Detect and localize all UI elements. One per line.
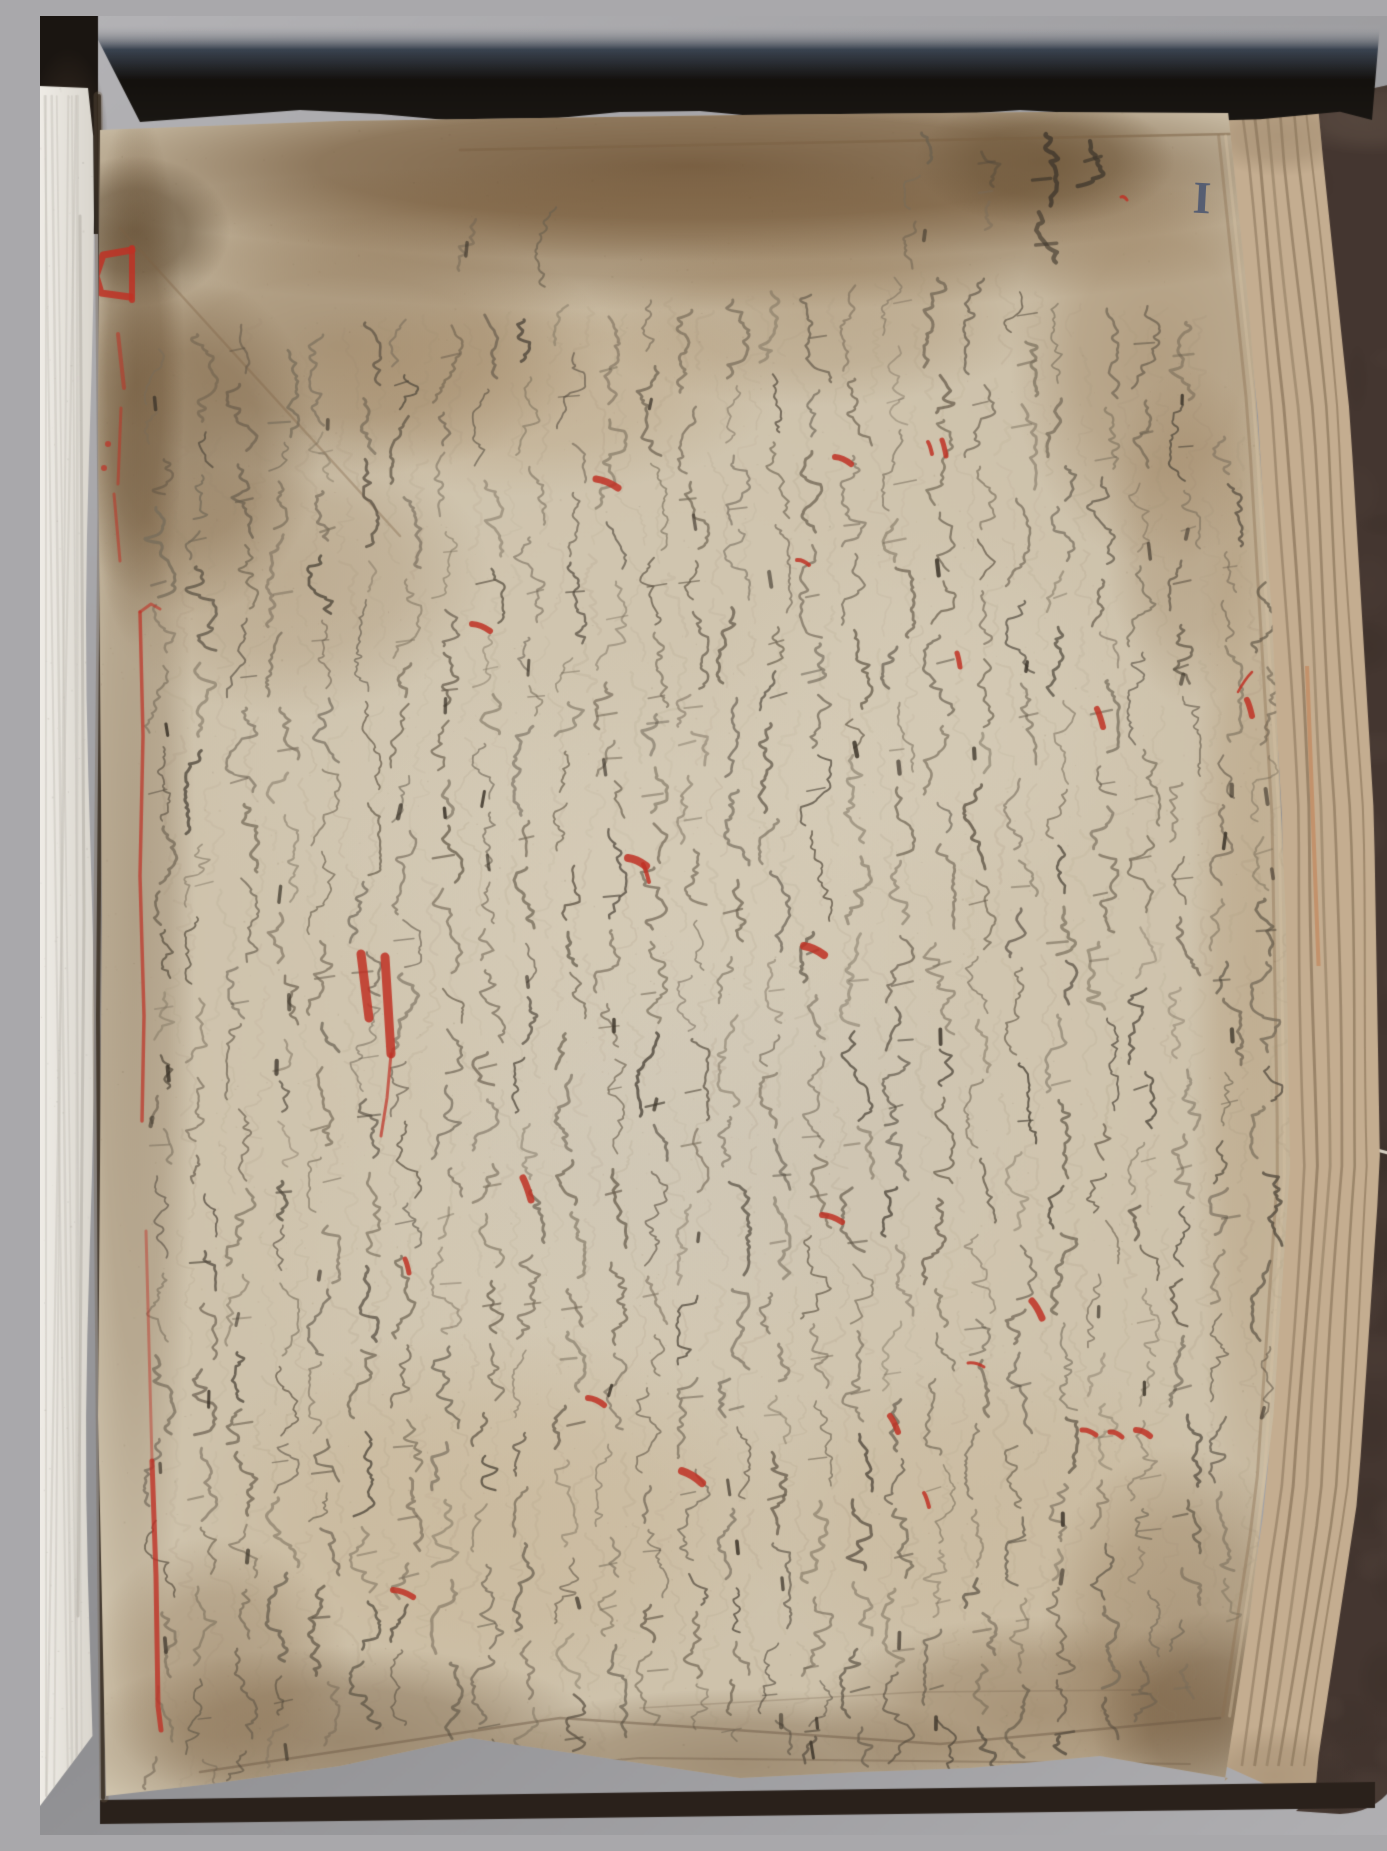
manuscript-photo: I: [40, 16, 1387, 1835]
folio-number: I: [1178, 167, 1225, 229]
manuscript-canvas: [40, 16, 1387, 1835]
